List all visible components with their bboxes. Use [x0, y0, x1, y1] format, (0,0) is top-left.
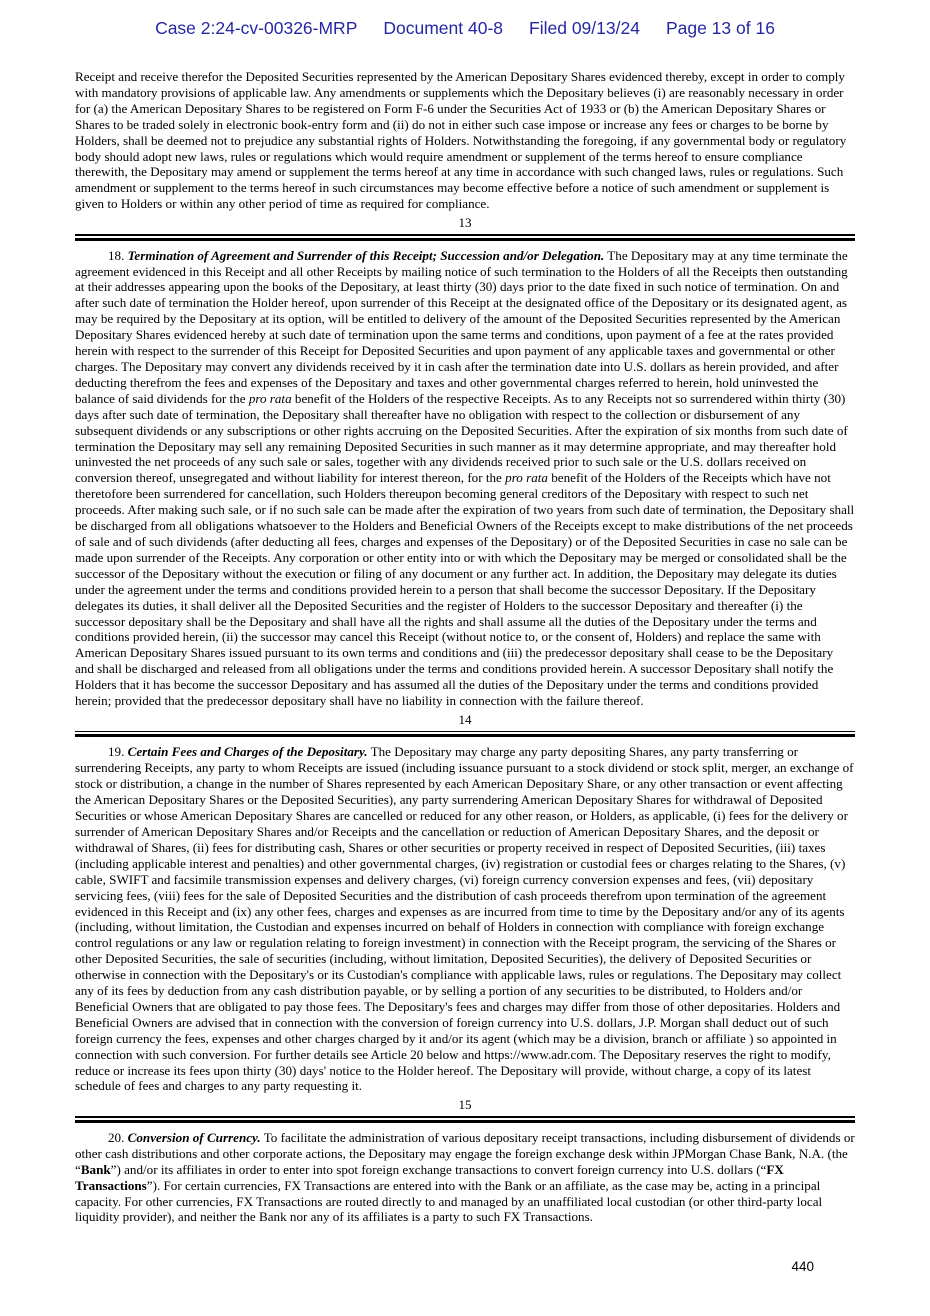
page-number-label: 14	[75, 712, 855, 728]
section-19-body: The Depositary may charge any party depo…	[75, 744, 853, 1093]
section-18-number: 18.	[108, 248, 128, 263]
section-20-title: Conversion of Currency.	[128, 1130, 261, 1145]
section-20-defined-term-bank: Bank	[81, 1162, 111, 1177]
section-18-latin-term-1: pro rata	[249, 391, 292, 406]
page-divider-thin-rule	[75, 234, 855, 236]
page-divider-thick-rule	[75, 1120, 855, 1123]
page-break-15: 15	[75, 1097, 855, 1123]
header-filed-date: Filed 09/13/24	[529, 18, 640, 39]
document-page: Case 2:24-cv-00326-MRP Document 40-8 Fil…	[0, 0, 930, 1316]
page-divider-thin-rule	[75, 731, 855, 733]
case-caption-header: Case 2:24-cv-00326-MRP Document 40-8 Fil…	[0, 0, 930, 39]
section-20-paragraph: 20. Conversion of Currency. To facilitat…	[75, 1130, 855, 1225]
page-break-13: 13	[75, 215, 855, 241]
document-body: Receipt and receive therefor the Deposit…	[75, 69, 855, 1225]
page-divider-thick-rule	[75, 238, 855, 241]
page-number-label: 15	[75, 1097, 855, 1113]
section-18-latin-term-2: pro rata	[505, 470, 548, 485]
section-18-paragraph: 18. Termination of Agreement and Surrend…	[75, 248, 855, 709]
page-divider-thin-rule	[75, 1116, 855, 1118]
section-19-paragraph: 19. Certain Fees and Charges of the Depo…	[75, 744, 855, 1094]
intro-paragraph: Receipt and receive therefor the Deposit…	[75, 69, 855, 212]
section-20-body-3: ”). For certain currencies, FX Transacti…	[75, 1178, 822, 1225]
section-20-body-2: ”) and/or its affiliates in order to ent…	[111, 1162, 767, 1177]
page-number-label: 13	[75, 215, 855, 231]
section-19-title: Certain Fees and Charges of the Deposita…	[128, 744, 368, 759]
section-20-number: 20.	[108, 1130, 128, 1145]
section-19-number: 19.	[108, 744, 128, 759]
page-divider-thick-rule	[75, 734, 855, 737]
exhibit-page-number: 440	[791, 1259, 814, 1274]
header-case-number: Case 2:24-cv-00326-MRP	[155, 18, 357, 39]
page-break-14: 14	[75, 712, 855, 738]
header-page-indicator: Page 13 of 16	[666, 18, 775, 39]
section-18-body-1: The Depositary may at any time terminate…	[75, 248, 848, 406]
header-document-number: Document 40-8	[383, 18, 503, 39]
section-18-title: Termination of Agreement and Surrender o…	[128, 248, 605, 263]
section-18-body-3: benefit of the Holders of the Receipts w…	[75, 470, 854, 708]
